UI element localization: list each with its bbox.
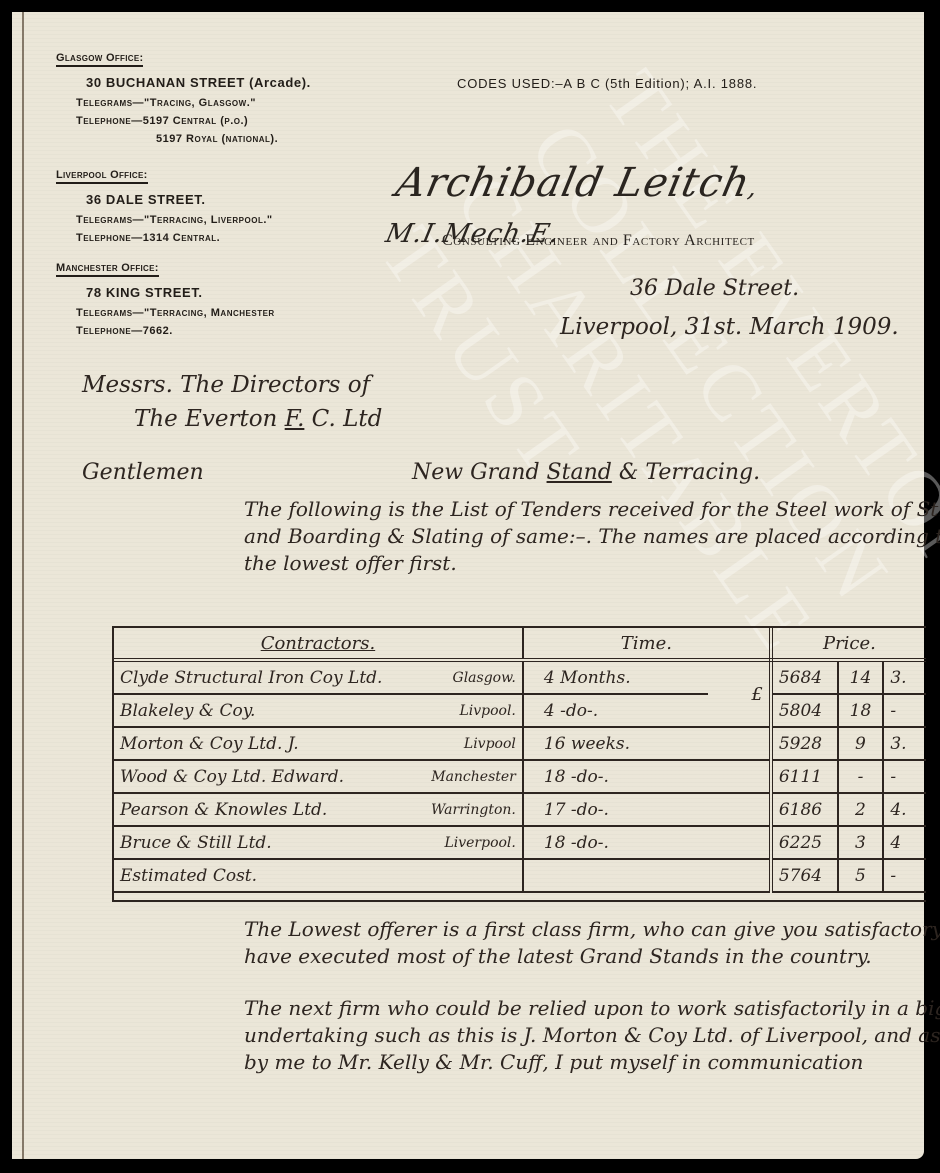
cell-shillings: 3 <box>838 826 884 859</box>
recipient-line-1: Messrs. The Directors of <box>82 372 370 398</box>
cell-place: Warrington. <box>425 793 523 826</box>
office-telegrams: Telegrams—"Terracing, Manchester <box>76 307 356 319</box>
cell-pounds: 6186 <box>771 793 838 826</box>
header-time: Time. <box>523 628 771 660</box>
cell-pence: - <box>883 760 926 793</box>
pound-column <box>708 760 771 793</box>
cell-place: Liverpool. <box>425 826 523 859</box>
office-heading: Glasgow Office: <box>56 52 143 67</box>
liverpool-office: Liverpool Office: 36 DALE STREET. Telegr… <box>56 165 356 244</box>
cell-time: 18 -do-. <box>523 826 708 859</box>
cell-contractor: Pearson & Knowles Ltd. <box>114 793 425 826</box>
cell-place: Livpool <box>425 727 523 760</box>
cell-shillings: 2 <box>838 793 884 826</box>
office-telephone: Telephone—1314 Central. <box>76 232 356 244</box>
cell-contractor: Blakeley & Coy. <box>114 694 425 727</box>
paragraph-lowest-offerer: The Lowest offerer is a first class firm… <box>104 916 940 970</box>
office-telephone: Telephone—7662. <box>76 325 356 337</box>
office-address: 30 BUCHANAN STREET (Arcade). <box>86 75 356 90</box>
header-contractors-label: Contractors. <box>261 633 376 654</box>
cell-pence: 4 <box>883 826 926 859</box>
office-addresses: Glasgow Office: 30 BUCHANAN STREET (Arca… <box>56 48 356 351</box>
recipient-line-2: The Everton F. C. Ltd <box>134 406 382 432</box>
subject-line: New Grand Stand & Terracing. <box>412 460 760 485</box>
cell-place: Manchester <box>425 760 523 793</box>
tenders-table: Contractors. Time. Price. Clyde Structur… <box>112 626 926 902</box>
cell-shillings: 9 <box>838 727 884 760</box>
cell-pence: 4. <box>883 793 926 826</box>
table-row: Pearson & Knowles Ltd. Warrington. 17 -d… <box>114 793 926 826</box>
cell-pence: 3. <box>883 660 926 694</box>
page-edge-line <box>22 12 24 1159</box>
pound-column <box>708 727 771 760</box>
cell-place: Livpool. <box>425 694 523 727</box>
office-address: 36 DALE STREET. <box>86 192 356 207</box>
cell-pounds: 6225 <box>771 826 838 859</box>
sender-address: 36 Dale Street. <box>630 276 799 301</box>
cell-time: 4 Months. <box>523 660 708 694</box>
subject-text: New Grand <box>412 460 547 485</box>
cell-time: 16 weeks. <box>523 727 708 760</box>
office-address: 78 KING STREET. <box>86 285 356 300</box>
recipient-text: The Everton <box>134 406 285 432</box>
cell-pounds: 5684 <box>771 660 838 694</box>
manchester-office: Manchester Office: 78 KING STREET. Teleg… <box>56 258 356 337</box>
pound-column <box>708 793 771 826</box>
pound-column <box>708 859 771 892</box>
cell-pounds: 5928 <box>771 727 838 760</box>
subject-underlined: Stand <box>547 460 612 485</box>
cell-shillings: 18 <box>838 694 884 727</box>
header-price: Price. <box>771 628 926 660</box>
paragraph-tenders-intro: The following is the List of Tenders rec… <box>104 496 940 577</box>
cell-time <box>523 859 708 892</box>
letterhead-subtitle: Consulting Engineer and Factory Architec… <box>442 232 755 250</box>
table-row: Blakeley & Coy. Livpool. 4 -do-. 5804 18… <box>114 694 926 727</box>
cell-place <box>425 859 523 892</box>
cell-contractor: Wood & Coy Ltd. Edward. <box>114 760 425 793</box>
cell-contractor: Bruce & Still Ltd. <box>114 826 425 859</box>
cell-contractor: Clyde Structural Iron Coy Ltd. <box>114 660 425 694</box>
letter-date: Liverpool, 31st. March 1909. <box>560 314 899 340</box>
table-header-row: Contractors. Time. Price. <box>114 628 926 660</box>
salutation: Gentlemen <box>82 460 204 485</box>
office-heading: Liverpool Office: <box>56 169 148 184</box>
office-telegrams: Telegrams—"Terracing, Liverpool." <box>76 214 356 226</box>
pound-sign: £ <box>708 660 771 727</box>
recipient-text-end: C. Ltd <box>304 406 382 432</box>
office-telephone: Telephone—5197 Central (p.o.) <box>76 115 356 127</box>
office-telephone-2: 5197 Royal (national). <box>156 133 356 145</box>
cell-pounds: 6111 <box>771 760 838 793</box>
letter-page: THE EVERTON COLLECTION CHARITABLE TRUST … <box>12 12 924 1159</box>
subject-text-end: & Terracing. <box>612 460 760 485</box>
recipient-underlined: F. <box>285 406 305 432</box>
cell-time: 18 -do-. <box>523 760 708 793</box>
table-row: Wood & Coy Ltd. Edward. Manchester 18 -d… <box>114 760 926 793</box>
cell-shillings: - <box>838 760 884 793</box>
office-heading: Manchester Office: <box>56 262 159 277</box>
cell-time: 17 -do-. <box>523 793 708 826</box>
name-text: Archibald Leitch <box>392 160 755 206</box>
cell-place: Glasgow. <box>425 660 523 694</box>
glasgow-office: Glasgow Office: 30 BUCHANAN STREET (Arca… <box>56 48 356 145</box>
table-row-estimate: Estimated Cost. 5764 5 - <box>114 859 926 892</box>
cell-pence: 3. <box>883 727 926 760</box>
office-telegrams: Telegrams—"Tracing, Glasgow." <box>76 97 356 109</box>
cell-pence: - <box>883 694 926 727</box>
cell-shillings: 5 <box>838 859 884 892</box>
cell-shillings: 14 <box>838 660 884 694</box>
table-row: Clyde Structural Iron Coy Ltd. Glasgow. … <box>114 660 926 694</box>
cell-pence: - <box>883 859 926 892</box>
table-row: Morton & Coy Ltd. J. Livpool 16 weeks. 5… <box>114 727 926 760</box>
cell-contractor: Morton & Coy Ltd. J. <box>114 727 425 760</box>
cell-pounds: 5804 <box>771 694 838 727</box>
paragraph-next-firm: The next firm who could be relied upon t… <box>104 995 940 1076</box>
table-row: Bruce & Still Ltd. Liverpool. 18 -do-. 6… <box>114 826 926 859</box>
cell-contractor: Estimated Cost. <box>114 859 425 892</box>
cell-pounds: 5764 <box>771 859 838 892</box>
telegraph-codes: CODES USED:–A B C (5th Edition); A.I. 18… <box>457 76 757 91</box>
cell-time: 4 -do-. <box>523 694 708 727</box>
pound-column <box>708 826 771 859</box>
header-contractors: Contractors. <box>114 628 523 660</box>
